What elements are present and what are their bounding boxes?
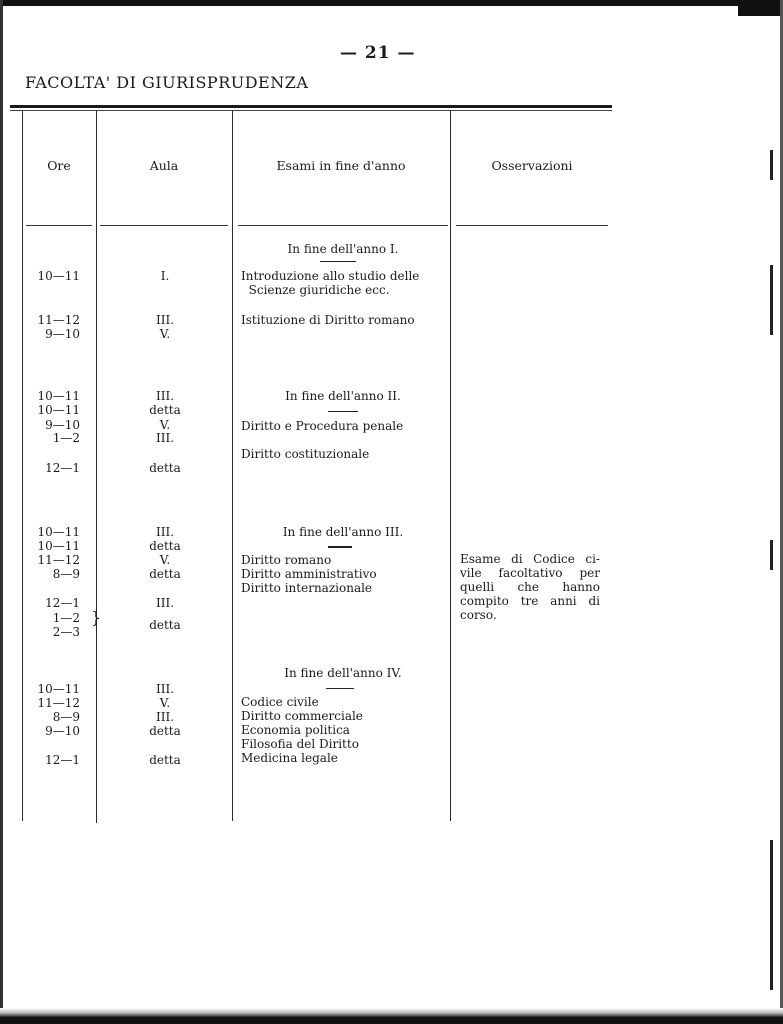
ore-cell: 12—1 (30, 753, 80, 767)
esame-cell: Diritto e Procedura penale (241, 419, 403, 433)
ore-cell: 10—11 (30, 403, 80, 417)
column-divider (232, 111, 233, 821)
header-rule (26, 225, 92, 226)
section-heading: In fine dell'anno I. (236, 242, 450, 256)
aula-cell: detta (125, 618, 205, 632)
esame-cell: Codice civile (241, 695, 319, 709)
scan-bottom-edge (0, 1008, 783, 1024)
header-rule (100, 225, 228, 226)
esame-cell: Diritto internazionale (241, 581, 372, 595)
aula-cell: III. (125, 596, 205, 610)
aula-cell: III. (125, 710, 205, 724)
ore-cell: 10—11 (30, 525, 80, 539)
page-number: — 21 — (340, 43, 416, 63)
section-dash (320, 261, 356, 262)
aula-cell: V. (125, 696, 205, 710)
esame-cell: Diritto romano (241, 553, 331, 567)
ore-cell: 12—1 (30, 596, 80, 610)
observation-note: Esame di Codice ci-vile facoltativo per … (460, 552, 600, 622)
aula-cell: III. (125, 313, 205, 327)
header-ore: Ore (22, 158, 96, 173)
column-divider (450, 111, 451, 821)
aula-cell: I. (125, 269, 205, 283)
aula-cell: detta (125, 753, 205, 767)
esame-cell: Filosofia del Diritto (241, 737, 359, 751)
scan-corner-shadow (738, 0, 783, 16)
section-heading: In fine dell'anno III. (236, 525, 450, 539)
scan-left-edge (0, 0, 3, 1024)
header-esami: Esami in fine d'anno (232, 158, 450, 173)
ore-cell: 10—11 (30, 269, 80, 283)
aula-cell: detta (125, 724, 205, 738)
aula-cell: III. (125, 431, 205, 445)
ore-cell: 10—11 (30, 389, 80, 403)
section-dash (326, 688, 354, 689)
section-dash (328, 411, 358, 412)
header-osservazioni: Osservazioni (452, 158, 612, 173)
ore-cell: 2—3 (30, 625, 80, 639)
ore-cell: 12—1 (30, 461, 80, 475)
ore-cell: 10—11 (30, 682, 80, 696)
ore-cell: 1—2 (30, 611, 80, 625)
header-aula: Aula (96, 158, 232, 173)
aula-cell: III. (125, 525, 205, 539)
column-divider (96, 111, 97, 823)
header-rule (238, 225, 448, 226)
section-heading: In fine dell'anno IV. (236, 666, 450, 680)
esame-cell: Diritto costituzionale (241, 447, 369, 461)
ore-cell: 10—11 (30, 539, 80, 553)
scan-margin-mark (770, 150, 773, 180)
aula-cell: III. (125, 682, 205, 696)
aula-cell: detta (125, 567, 205, 581)
esame-cell: Diritto commerciale (241, 709, 363, 723)
header-rule (456, 225, 608, 226)
page-title: FACOLTA' DI GIURISPRUDENZA (25, 73, 308, 92)
scan-margin-mark (770, 265, 773, 335)
scan-top-edge (0, 0, 783, 6)
brace-mark: } (91, 608, 101, 627)
aula-cell: V. (125, 553, 205, 567)
esame-cell: Istituzione di Diritto romano (241, 313, 415, 327)
aula-cell: detta (125, 403, 205, 417)
esame-cell: Economia politica (241, 723, 350, 737)
ore-cell: 8—9 (30, 567, 80, 581)
section-dash (328, 546, 352, 548)
table-top-rule (10, 105, 612, 108)
aula-cell: detta (125, 461, 205, 475)
esame-cell: Medicina legale (241, 751, 338, 765)
scan-margin-mark (770, 840, 773, 990)
ore-cell: 8—9 (30, 710, 80, 724)
column-divider (22, 111, 23, 821)
ore-cell: 9—10 (30, 418, 80, 432)
aula-cell: V. (125, 327, 205, 341)
ore-cell: 9—10 (30, 724, 80, 738)
esame-cell: Diritto amministrativo (241, 567, 377, 581)
ore-cell: 11—12 (30, 553, 80, 567)
ore-cell: 1—2 (30, 431, 80, 445)
ore-cell: 11—12 (30, 696, 80, 710)
ore-cell: 9—10 (30, 327, 80, 341)
section-heading: In fine dell'anno II. (236, 389, 450, 403)
scan-margin-mark (770, 540, 773, 570)
aula-cell: V. (125, 418, 205, 432)
ore-cell: 11—12 (30, 313, 80, 327)
table-top-rule-thin (10, 110, 612, 111)
aula-cell: detta (125, 539, 205, 553)
esame-cell: Introduzione allo studio delle Scienze g… (241, 269, 419, 297)
aula-cell: III. (125, 389, 205, 403)
